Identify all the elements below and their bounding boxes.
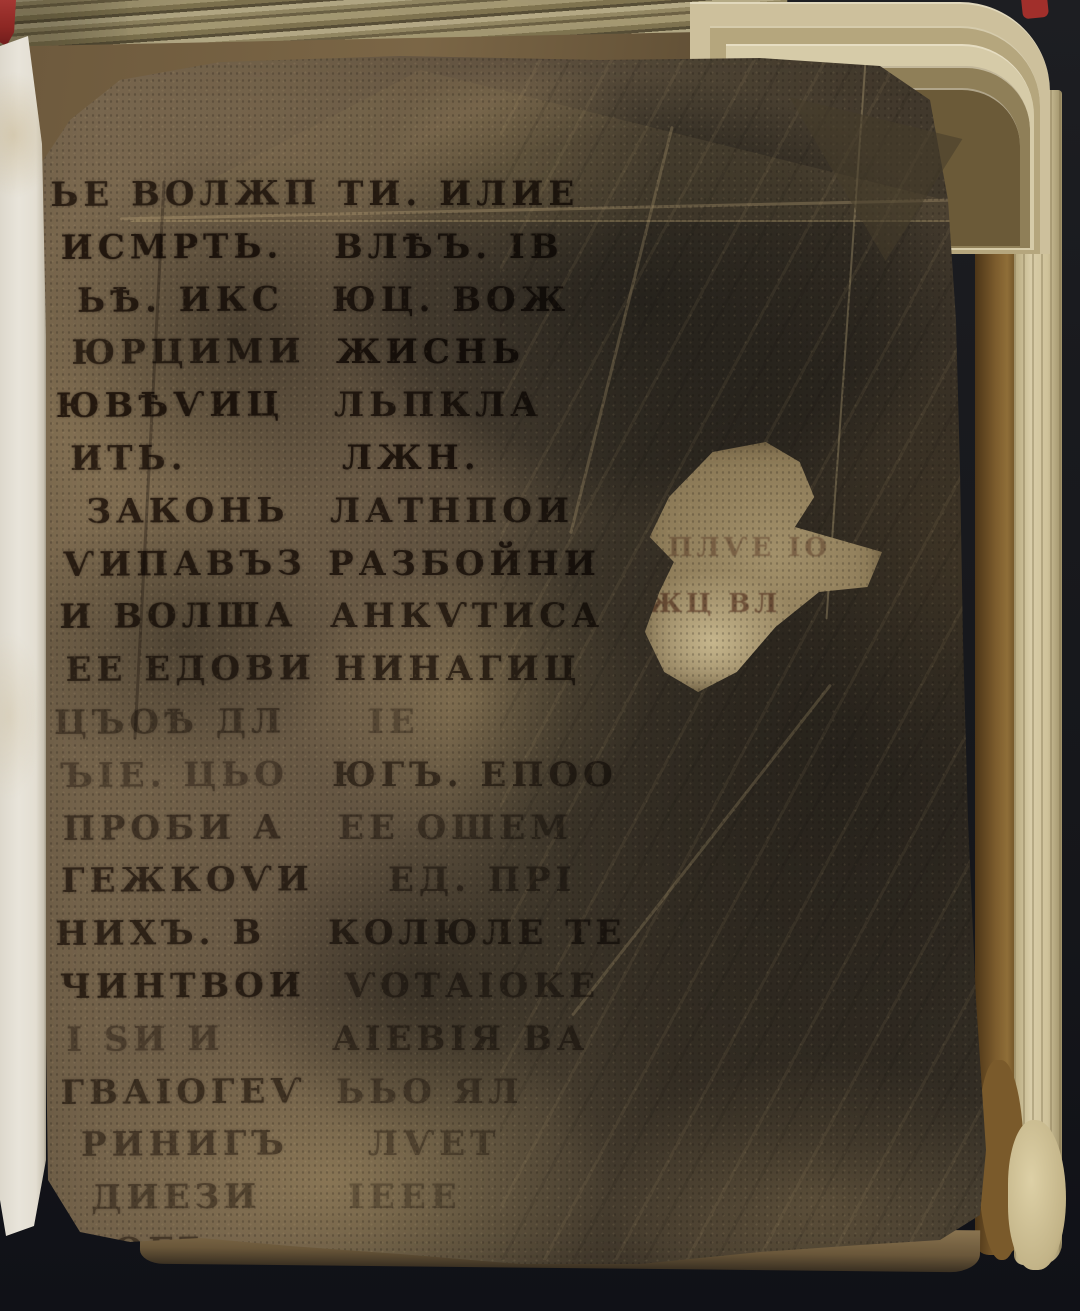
manuscript-photo: ПЛѴЕ ІОЖЦ ВЛ ЬЕ ВОЛЖПИСМРТЬ.ЬѢ. ИКСЮРЦИМ…: [0, 0, 1080, 1311]
flyleaf-edge: [0, 36, 48, 1272]
endband-red-right: [1021, 0, 1049, 19]
